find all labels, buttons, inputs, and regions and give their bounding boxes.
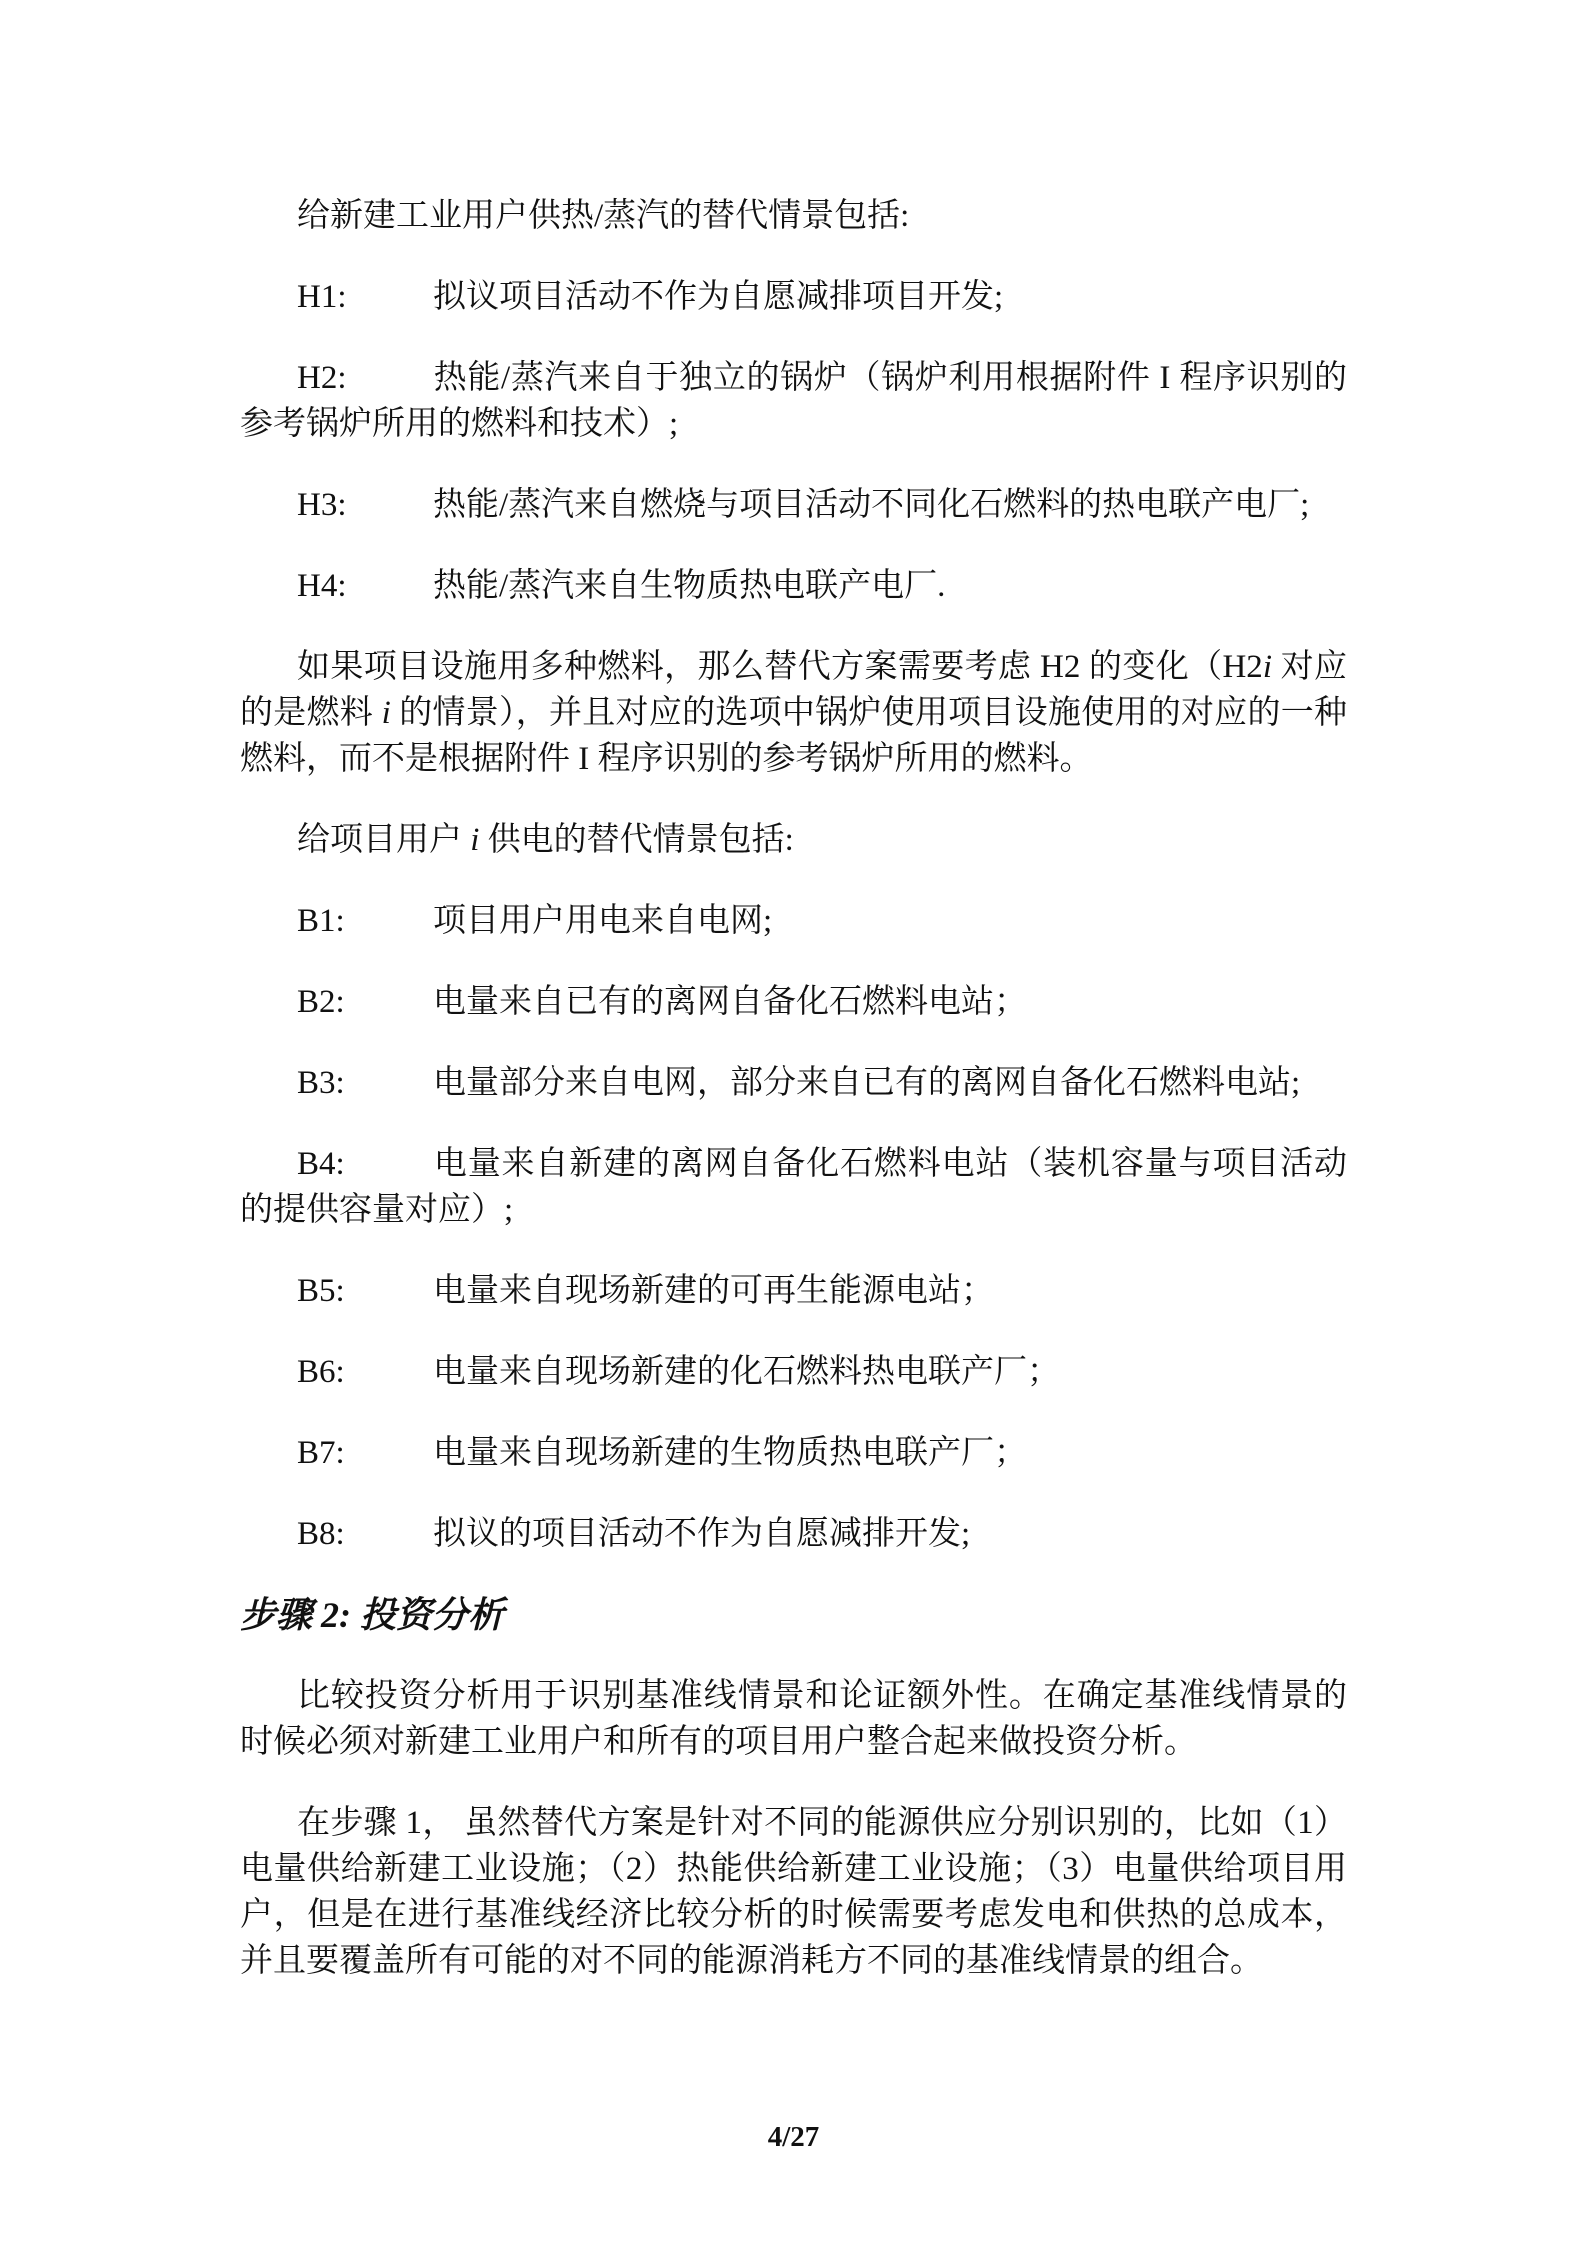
list-item-text-b1: 项目用户用电来自电网; xyxy=(433,903,772,939)
list-item-label-h3: H3: xyxy=(297,482,433,528)
list-item-text-b7: 电量来自现场新建的生物质热电联产厂； xyxy=(433,1435,1027,1471)
paragraph-power-intro: 给项目用户 i 供电的替代情景包括: xyxy=(240,817,1347,863)
list-item-label-b2: B2: xyxy=(297,979,433,1025)
list-item-label-b8: B8: xyxy=(297,1511,433,1557)
list-item-text-b2: 电量来自已有的离网自备化石燃料电站； xyxy=(433,984,1027,1020)
list-item-label-b6: B6: xyxy=(297,1349,433,1395)
list-item-label-b1: B1: xyxy=(297,898,433,944)
list-item-label-h1: H1: xyxy=(297,274,433,320)
list-item-b3: B3:电量部分来自电网，部分来自已有的离网自备化石燃料电站; xyxy=(240,1060,1347,1106)
list-item-text-h4: 热能/蒸汽来自生物质热电联产电厂. xyxy=(433,568,945,604)
italic-text-segment: i xyxy=(1263,649,1272,685)
list-item-label-b3: B3: xyxy=(297,1060,433,1106)
list-item-h1: H1:拟议项目活动不作为自愿减排项目开发; xyxy=(240,274,1347,320)
text-segment: 如果项目设施用多种燃料，那么替代方案需要考虑 H2 的变化（H2 xyxy=(297,649,1263,685)
page-number: 4/27 xyxy=(0,2120,1587,2154)
list-item-label-b4: B4: xyxy=(297,1141,433,1187)
list-item-h4: H4:热能/蒸汽来自生物质热电联产电厂. xyxy=(240,563,1347,609)
paragraph-h2-variants: 如果项目设施用多种燃料，那么替代方案需要考虑 H2 的变化（H2i 对应的是燃料… xyxy=(240,644,1347,782)
list-item-b4: B4:电量来自新建的离网自备化石燃料电站（装机容量与项目活动的提供容量对应）; xyxy=(240,1141,1347,1233)
list-item-b5: B5:电量来自现场新建的可再生能源电站； xyxy=(240,1268,1347,1314)
text-segment: 供电的替代情景包括: xyxy=(479,822,793,858)
list-item-h2: H2:热能/蒸汽来自于独立的锅炉（锅炉利用根据附件 I 程序识别的参考锅炉所用的… xyxy=(240,355,1347,447)
document-page: 给新建工业用户供热/蒸汽的替代情景包括: H1:拟议项目活动不作为自愿减排项目开… xyxy=(0,0,1587,2245)
italic-text-segment: i xyxy=(382,695,391,731)
paragraph-investment-1: 比较投资分析用于识别基准线情景和论证额外性。在确定基准线情景的时候必须对新建工业… xyxy=(240,1673,1347,1765)
list-item-text-b6: 电量来自现场新建的化石燃料热电联产厂； xyxy=(433,1354,1060,1390)
paragraph-investment-2: 在步骤 1， 虽然替代方案是针对不同的能源供应分别识别的，比如（1）电量供给新建… xyxy=(240,1800,1347,1984)
list-item-label-b5: B5: xyxy=(297,1268,433,1314)
list-item-text-b3: 电量部分来自电网，部分来自已有的离网自备化石燃料电站; xyxy=(433,1065,1300,1101)
list-item-text-b5: 电量来自现场新建的可再生能源电站； xyxy=(433,1273,994,1309)
document-content: 给新建工业用户供热/蒸汽的替代情景包括: H1:拟议项目活动不作为自愿减排项目开… xyxy=(240,193,1347,2019)
list-item-label-b7: B7: xyxy=(297,1430,433,1476)
list-item-label-h2: H2: xyxy=(297,355,433,401)
list-item-label-h4: H4: xyxy=(297,563,433,609)
list-item-b1: B1:项目用户用电来自电网; xyxy=(240,898,1347,944)
list-item-text-h1: 拟议项目活动不作为自愿减排项目开发; xyxy=(433,279,1003,315)
list-item-h3: H3:热能/蒸汽来自燃烧与项目活动不同化石燃料的热电联产电厂; xyxy=(240,482,1347,528)
list-item-b2: B2:电量来自已有的离网自备化石燃料电站； xyxy=(240,979,1347,1025)
list-item-b6: B6:电量来自现场新建的化石燃料热电联产厂； xyxy=(240,1349,1347,1395)
list-item-text-b8: 拟议的项目活动不作为自愿减排开发; xyxy=(433,1516,970,1552)
text-segment: 给项目用户 xyxy=(297,822,470,858)
paragraph-heat-intro: 给新建工业用户供热/蒸汽的替代情景包括: xyxy=(240,193,1347,239)
text-segment: 的情景），并且对应的选项中锅炉使用项目设施使用的对应的一种燃料，而不是根据附件 … xyxy=(240,695,1347,777)
list-item-b7: B7:电量来自现场新建的生物质热电联产厂； xyxy=(240,1430,1347,1476)
list-item-b8: B8:拟议的项目活动不作为自愿减排开发; xyxy=(240,1511,1347,1557)
list-item-text-h3: 热能/蒸汽来自燃烧与项目活动不同化石燃料的热电联产电厂; xyxy=(433,487,1309,523)
step2-heading: 步骤 2: 投资分析 xyxy=(240,1592,1347,1638)
